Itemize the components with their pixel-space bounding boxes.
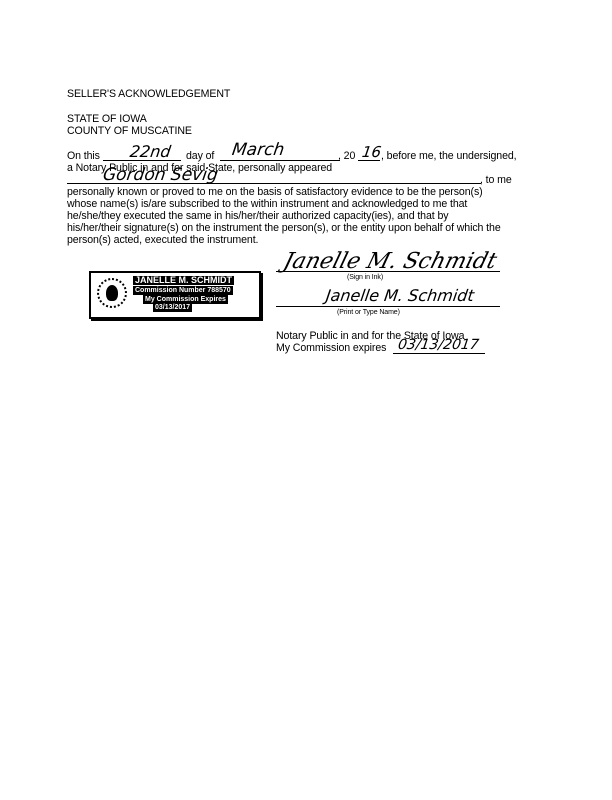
print-name-label: (Print or Type Name) — [337, 309, 400, 317]
body-line-2: whose name(s) is/are subscribed to the w… — [67, 198, 467, 210]
notary-stamp: JANELLE M. SCHMIDT Commission Number 788… — [89, 271, 261, 319]
on-this-label: On this — [67, 150, 100, 162]
month-underline — [220, 160, 340, 161]
commission-expires-label: My Commission expires — [276, 342, 386, 354]
sign-in-ink-label: (Sign in Ink) — [347, 274, 383, 282]
printed-name-underline — [276, 306, 500, 307]
commission-expires-value: 03/13/2017 — [397, 338, 480, 353]
commission-expires-underline — [393, 353, 485, 354]
stamp-commission-number: Commission Number 788570 — [133, 286, 233, 295]
month-value: March — [231, 143, 285, 158]
stamp-name: JANELLE M. SCHMIDT — [133, 276, 234, 285]
to-me-text: , to me — [480, 174, 512, 186]
body-line-1: personally known or proved to me on the … — [67, 186, 483, 198]
day-value: 22nd — [129, 144, 172, 159]
body-line-4: his/her/their signature(s) on the instru… — [67, 222, 501, 234]
stamp-expires-date: 03/13/2017 — [153, 303, 192, 312]
notary-seal-icon — [97, 278, 127, 308]
printed-name: Janelle M. Schmidt — [325, 288, 475, 303]
body-line-5: person(s) acted, executed the instrument… — [67, 234, 258, 246]
document-title: SELLER'S ACKNOWLEDGEMENT — [67, 88, 230, 100]
body-line-3: he/she/they executed the same in his/her… — [67, 210, 448, 222]
before-me-text: , before me, the undersigned, — [381, 150, 517, 162]
year-prefix: , 20 — [338, 150, 355, 162]
year-value: 16 — [361, 145, 382, 160]
appeared-name: Gordon Sevig — [102, 168, 219, 183]
county-label: COUNTY OF MUSCATINE — [67, 125, 192, 137]
day-of-label: day of — [186, 150, 214, 162]
state-label: STATE OF IOWA — [67, 113, 147, 125]
document-page: SELLER'S ACKNOWLEDGEMENT STATE OF IOWA C… — [0, 0, 612, 800]
signature: Janelle M. Schmidt — [281, 249, 500, 274]
